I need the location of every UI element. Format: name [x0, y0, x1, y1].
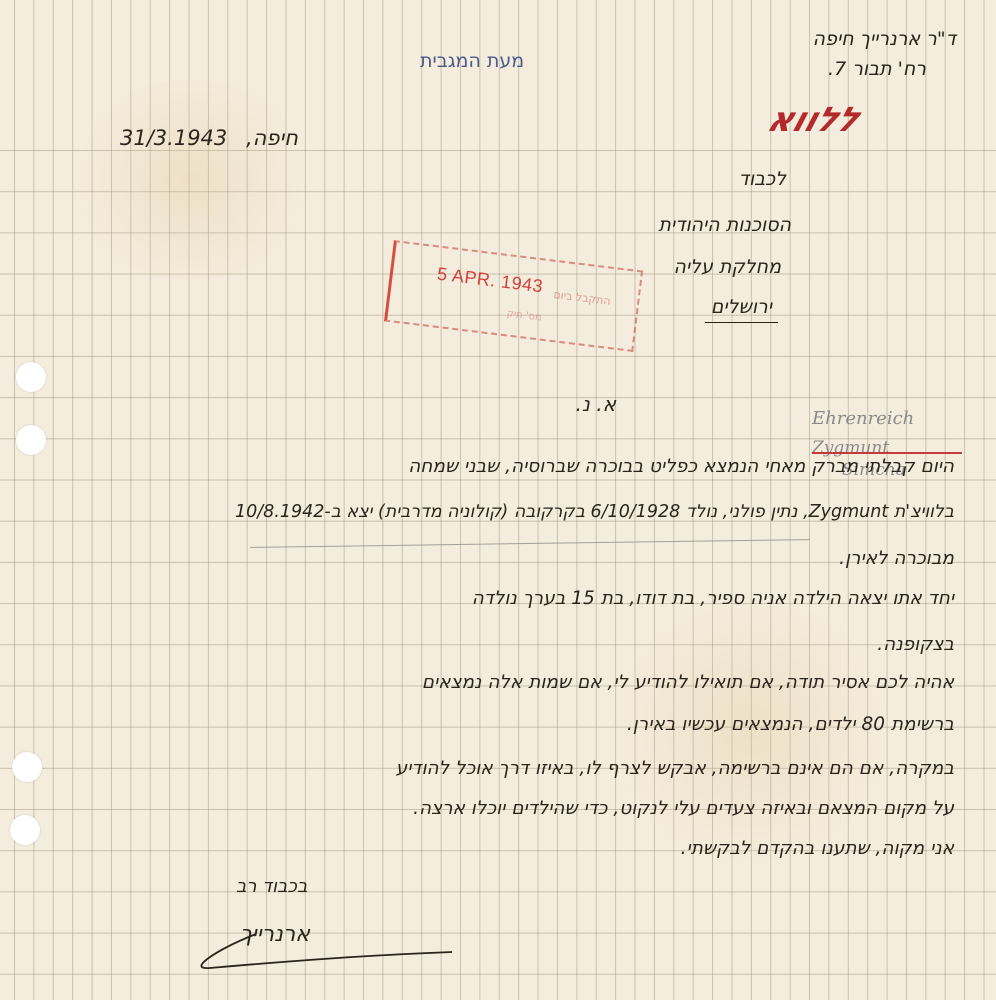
- punch-hole: [12, 752, 42, 782]
- recipient-salutation: לכבוד: [739, 168, 786, 190]
- body-line-10: אני מקוה, שתענו בהקדם לבקשתי.: [681, 838, 954, 859]
- body-line-6: אהיה לכם אסיר תודה, אם תואילו להודיע לי,…: [422, 672, 954, 693]
- letter-date: 31/3.1943: [120, 126, 227, 150]
- letter-place: חיפה,: [246, 126, 298, 150]
- red-strikethrough: [812, 452, 962, 454]
- punch-hole: [10, 815, 40, 845]
- sender-address-line: רח' תבור 7.: [828, 58, 926, 80]
- punch-hole: [16, 362, 46, 392]
- body-line-5: בצקופנה.: [877, 634, 954, 655]
- signature-flourish: [196, 930, 456, 980]
- sender-name-line: ד"ר ארנרייך חיפה: [813, 28, 956, 50]
- pencil-note-struck-name: Zygmunt: [812, 438, 889, 458]
- body-line-8: במקרה, אם הם אינם ברשימה, אבקש לצרף לו, …: [396, 758, 954, 779]
- greeting: א. נ.: [576, 392, 616, 416]
- body-line-9: על מקום המצאם ובאיזה צעדים עלי לנקוט, כד…: [413, 798, 954, 819]
- blue-annotation: מעת המגבית: [420, 50, 524, 72]
- paper-stain: [60, 80, 320, 280]
- recipient-line-3: ירושלים: [705, 296, 778, 323]
- stamp-hebrew-file: מס' תיק: [506, 308, 542, 323]
- closing-line: בכבוד רב: [236, 876, 307, 897]
- red-ink-mark: ללווא: [762, 100, 864, 140]
- punch-hole: [16, 425, 46, 455]
- recipient-line-1: הסוכנות היהודית: [658, 214, 791, 236]
- stamp-hebrew-received: התקבל ביום: [553, 288, 612, 308]
- body-line-7: ברשימת 80 ילדים, הנמצאים עכשיו באירן.: [627, 714, 954, 735]
- recipient-line-2: מחלקת עליה: [674, 256, 781, 278]
- body-line-1: היום קבלתי מברק מאחי הנמצא כפליט בבוכרה …: [408, 456, 954, 477]
- body-line-3: מבוכרה לאירן.: [839, 548, 954, 569]
- body-line-4: יחד אתו יצאה הילדה אניה ספיר, בת דודו, ב…: [472, 588, 954, 609]
- body-line-2: בלוויצ'ת Zygmunt, נתין פולני, נולד 6/10/…: [235, 502, 954, 522]
- pencil-note-surname: Ehrenreich: [812, 408, 914, 429]
- stamp-date: 5 APR. 1943: [436, 264, 544, 298]
